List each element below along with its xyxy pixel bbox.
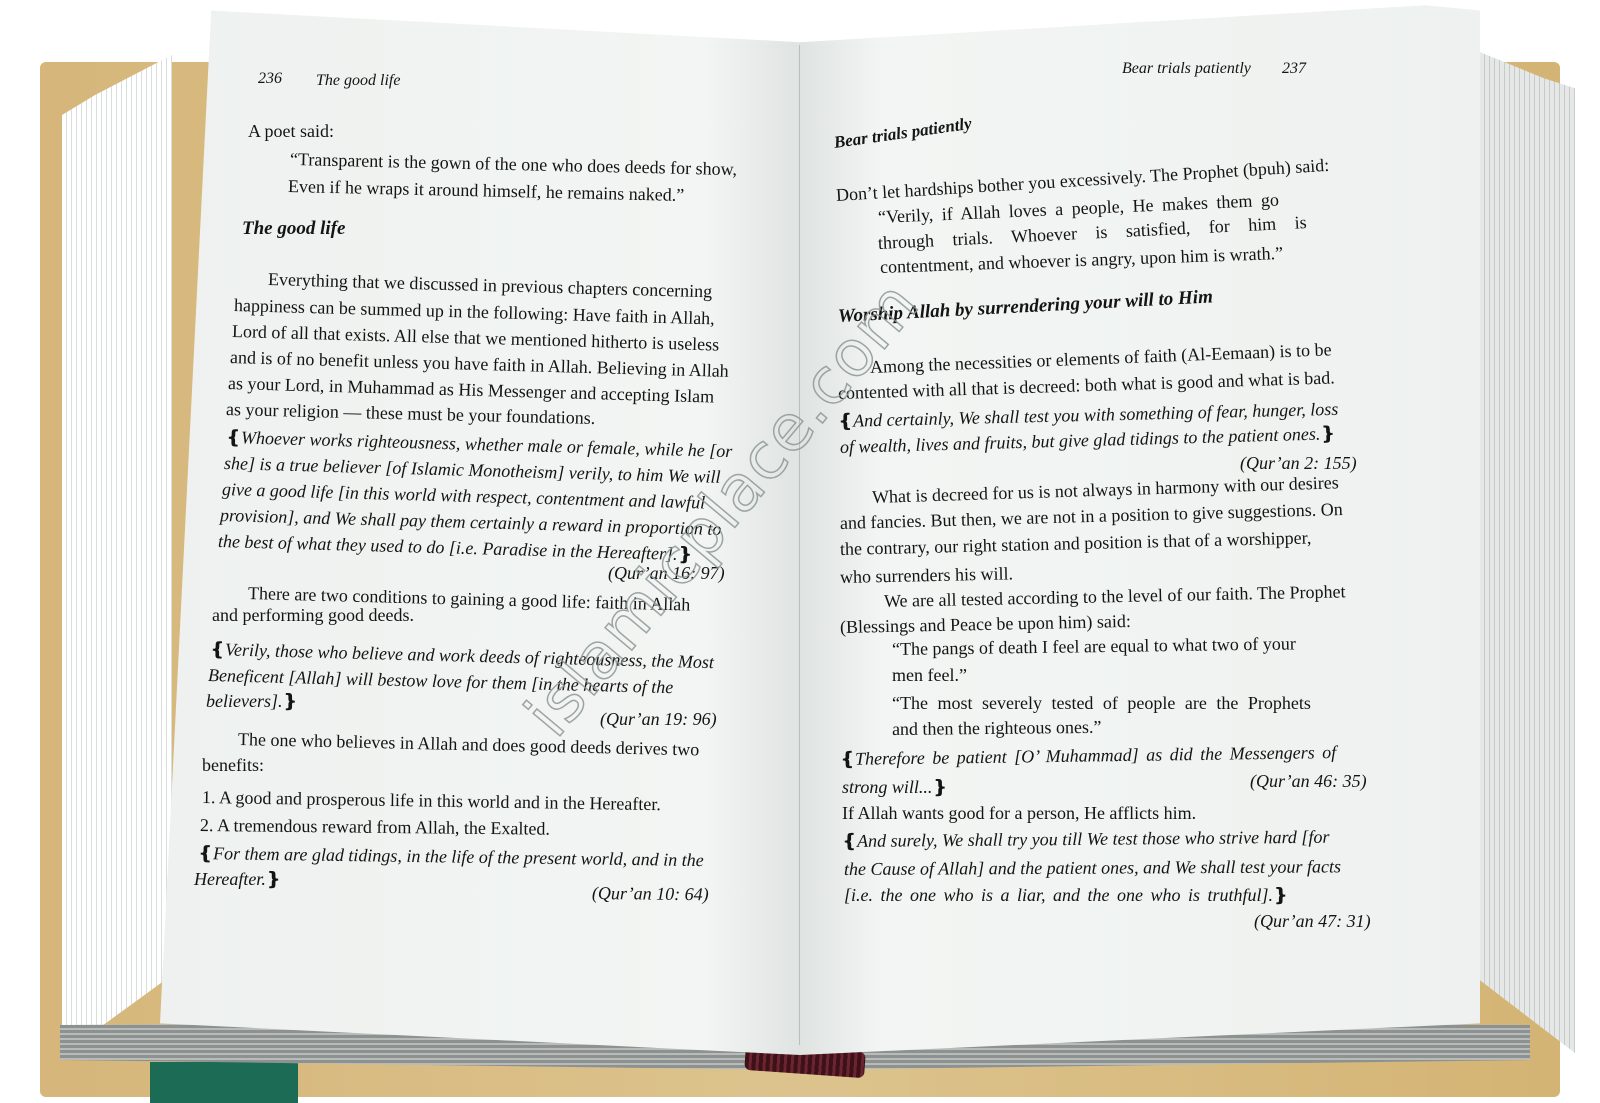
ornate-open-bracket-icon: ❴ (226, 427, 242, 447)
paragraph-line: If Allah wants good for a person, He aff… (842, 802, 1196, 824)
hadith-line: men feel.” (892, 664, 967, 686)
running-head: Bear trials patiently (1122, 58, 1251, 80)
quran-verse-line: the Cause of Allah] and the patient ones… (844, 855, 1341, 880)
ornate-open-bracket-icon: ❴ (198, 843, 213, 863)
quran-verse-line: strong will...❵ (842, 776, 947, 798)
open-book-photo: 236 The good life A poet said: “Transpar… (0, 0, 1600, 1103)
ornate-open-bracket-icon: ❴ (210, 639, 226, 659)
poem-intro: A poet said: (248, 120, 334, 142)
benefit-item: 2. A tremendous reward from Allah, the E… (200, 814, 550, 840)
ornate-close-bracket-icon: ❵ (282, 691, 297, 711)
ornate-close-bracket-icon: ❵ (1273, 885, 1288, 905)
paragraph-line: and performing good deeds. (212, 604, 414, 626)
quran-verse-line: ❴For them are glad tidings, in the life … (198, 842, 704, 871)
ornate-open-bracket-icon: ❴ (842, 831, 857, 851)
ornate-close-bracket-icon: ❵ (932, 777, 947, 797)
paragraph-line: The one who believes in Allah and does g… (238, 728, 700, 760)
verse-text: [i.e. the one who is a liar, and the one… (844, 885, 1273, 905)
ornate-close-bracket-icon: ❵ (266, 869, 281, 889)
cover-green-band (150, 1062, 298, 1103)
verse-text: And surely, We shall try you till We tes… (857, 827, 1329, 851)
verse-text: strong will... (842, 777, 932, 797)
hadith-line: and then the righteous ones.” (892, 716, 1102, 740)
hadith-line: “The most severely tested of people are … (892, 692, 1311, 714)
verse-text: Hereafter. (194, 869, 266, 889)
verse-text: For them are glad tidings, in the life o… (213, 843, 704, 870)
paragraph-line: benefits: (202, 754, 264, 776)
paragraph-line: who surrenders his will. (840, 562, 1013, 588)
quran-verse-line: believers].❵ (206, 690, 298, 712)
section-heading: Bear trials patiently (832, 113, 973, 154)
section-heading: The good life (242, 218, 345, 240)
left-page-stack (62, 55, 172, 1055)
page-number: 237 (1282, 58, 1306, 80)
quran-citation: (Qur’an 10: 64) (592, 882, 709, 905)
poem-line: Even if he wraps it around himself, he r… (288, 175, 685, 206)
quran-citation: (Qur’an 2: 155) (1240, 452, 1357, 474)
quran-citation: (Qur’an 47: 31) (1254, 910, 1371, 932)
page-number: 236 (258, 68, 282, 90)
running-head: The good life (316, 70, 400, 92)
verse-text: Therefore be patient [O’ Muhammad] as di… (855, 742, 1336, 769)
hadith-line: “The pangs of death I feel are equal to … (892, 632, 1296, 660)
benefit-item: 1. A good and prosperous life in this wo… (202, 786, 661, 815)
quran-verse-line: ❴Therefore be patient [O’ Muhammad] as d… (840, 741, 1336, 770)
quran-citation: (Qur’an 19: 96) (600, 708, 717, 730)
right-page-stack (1470, 48, 1575, 1053)
ornate-open-bracket-icon: ❴ (840, 749, 855, 769)
quran-verse-line: [i.e. the one who is a liar, and the one… (844, 884, 1288, 906)
verse-text: believers]. (206, 691, 282, 711)
quran-verse-line: ❴And surely, We shall try you till We te… (842, 826, 1330, 852)
quran-verse-line: Hereafter.❵ (194, 868, 281, 890)
quran-citation: (Qur’an 46: 35) (1250, 770, 1367, 792)
paragraph-line: (Blessings and Peace be upon him) said: (840, 610, 1131, 638)
poem-line: “Transparent is the gown of the one who … (290, 148, 737, 180)
right-page: Bear trials patiently 237 Bear trials pa… (800, 0, 1480, 1055)
ornate-close-bracket-icon: ❵ (1320, 423, 1336, 443)
